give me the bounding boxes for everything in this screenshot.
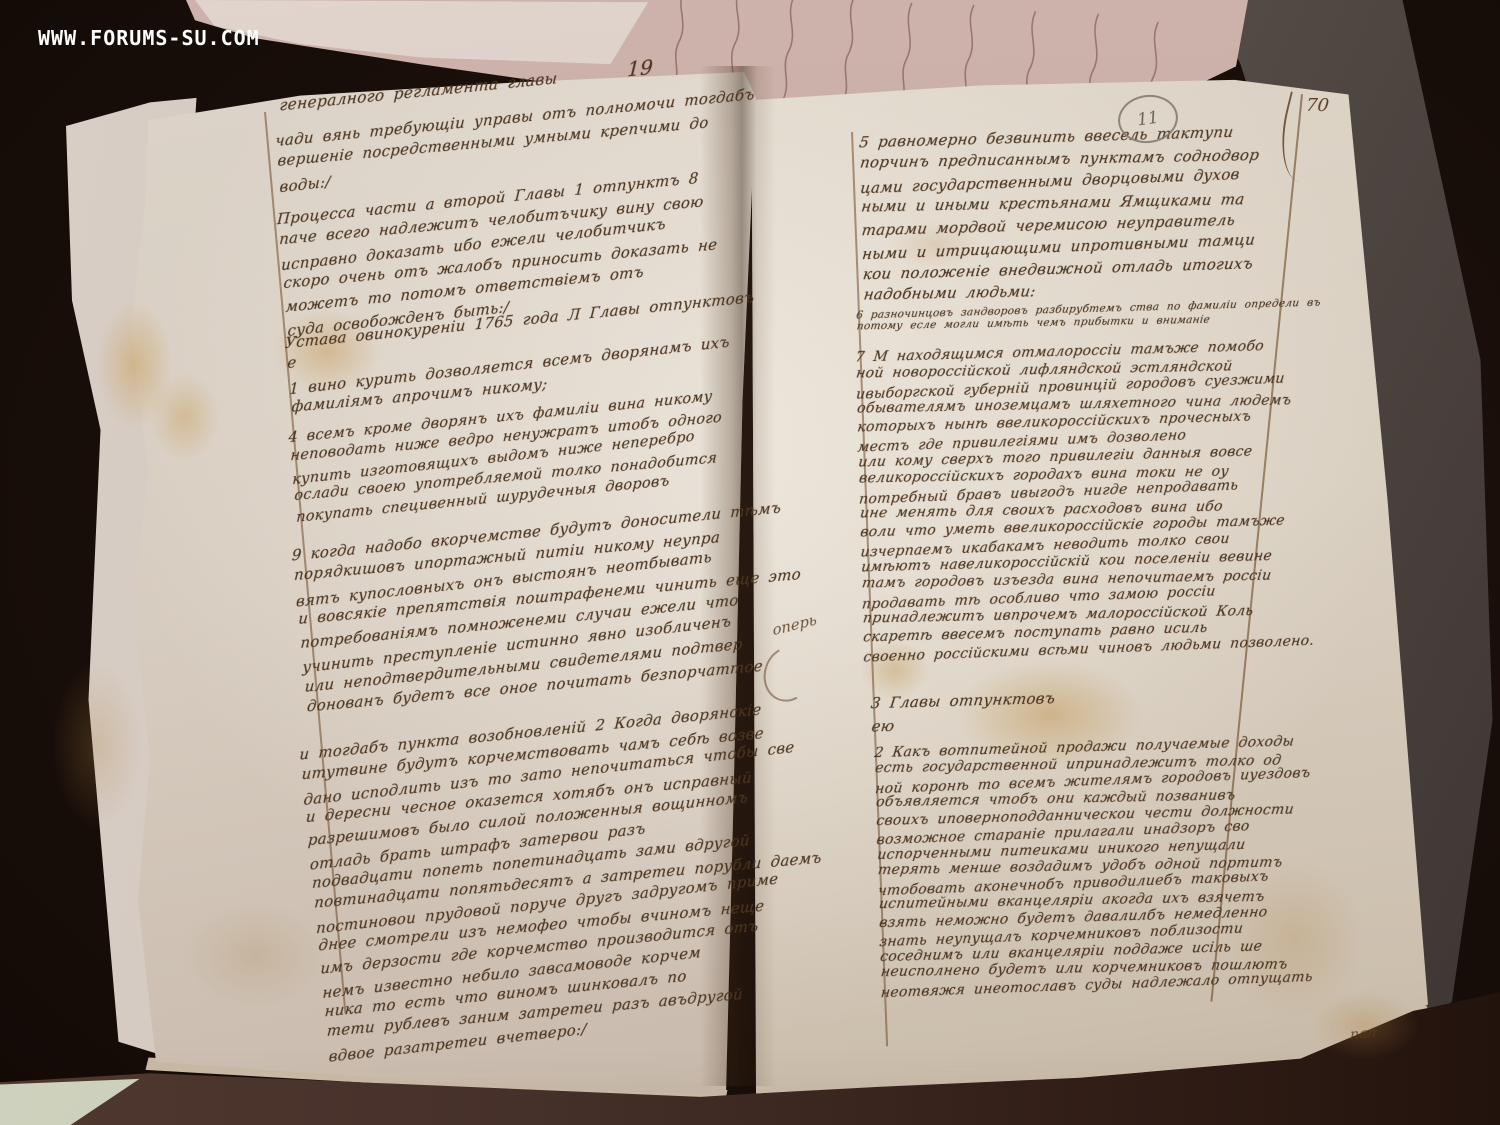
bottom-margin-note: пап <box>1350 1025 1377 1044</box>
chapter-number: 19 <box>627 55 654 82</box>
watermark-text: WWW.FORUMS-SU.COM <box>38 26 260 50</box>
ink-specks <box>0 0 2 2</box>
paragraph: 7 М находящимся отмалороссіи тамъже помо… <box>855 337 1314 664</box>
section-heading: 3 Главы отпунктовъею <box>871 686 1057 739</box>
ink-page-number: 70 <box>1305 95 1330 116</box>
pencil-page-number: 11 <box>1136 108 1160 131</box>
paragraph: и тогдабъ пункта возобновленій 2 Когда д… <box>298 695 837 1066</box>
paragraph: 2 Какъ вотпитейной продажи получаемые до… <box>874 733 1316 1000</box>
handwriting-line: ею <box>870 711 1057 739</box>
photo-of-open-manuscript-book: { "watermark": { "text": "WWW.FORUMS-SU.… <box>0 0 1500 1125</box>
paragraph: 9 когда надобо вкорчемстве будутъ доноси… <box>291 495 811 719</box>
right-page-handwriting: 5 равномерно безвинить ввесель тактупипо… <box>762 78 1420 1095</box>
paragraph: 5 равномерно безвинить ввесель тактупипо… <box>859 120 1263 307</box>
